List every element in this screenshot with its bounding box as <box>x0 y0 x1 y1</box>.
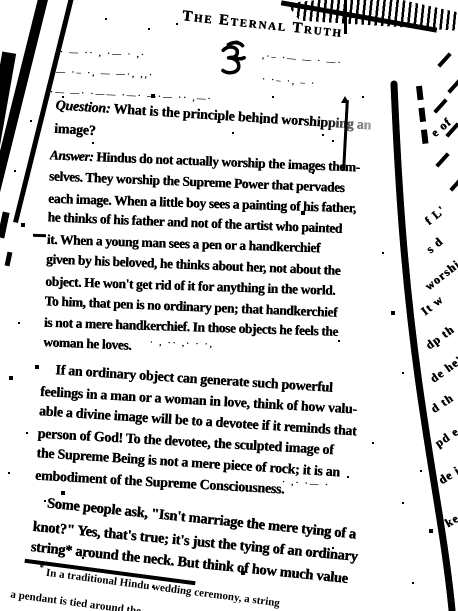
opposite-page-text-fragment: worshi <box>422 257 458 294</box>
answer-paragraph-2: If an ordinary object can generate such … <box>35 360 432 509</box>
scan-noise-row: · — ·· , ·— · ,· <box>60 47 146 60</box>
opposite-page-text-fragment: f L' <box>422 203 449 229</box>
scan-slash-mark <box>433 98 447 113</box>
opposite-page-text-fragment: dp th <box>423 322 458 353</box>
scan-noise-row: ,— ·– ·, — —·, ,,· <box>52 66 154 80</box>
scan-slash-mark <box>447 78 458 93</box>
opposite-page-text-fragment: pd e <box>432 424 458 451</box>
opposite-page-text-fragment: de i <box>436 463 458 488</box>
footnote-marker: * <box>39 562 45 573</box>
opposite-page-text-fragment: d th <box>428 390 457 416</box>
answer-paragraph-1: Answer: Hindus do not actually worship t… <box>43 146 402 366</box>
stray-line-mark <box>344 0 347 34</box>
scan-slash-mark <box>449 176 458 191</box>
question-text-faded: worshipping an <box>281 113 372 134</box>
answer-label: Answer: <box>49 147 93 164</box>
opposite-page-text-fragment: de he' <box>427 353 458 386</box>
gutter-dash-mark <box>419 86 426 148</box>
book-page-scan: e off L's dworshiIt wdp thde he'd thpd e… <box>0 0 458 611</box>
opposite-page-text-fragment: ke it <box>442 504 458 531</box>
scan-slash-mark <box>445 122 458 137</box>
scan-slash-mark <box>435 152 449 167</box>
footnote-line: a pendant is tied around the <box>10 588 142 611</box>
opposite-page-text-fragment: It w <box>418 292 446 319</box>
scan-noise-row: · ·– ·, – · <box>262 74 317 89</box>
om-symbol-icon <box>211 39 251 78</box>
scan-slash-mark <box>437 52 451 67</box>
question-label: Question: <box>55 98 111 116</box>
answer-p1-lines: selves. They worship the Supreme Power t… <box>43 167 401 366</box>
opposite-page-text-fragment: s d <box>423 234 446 257</box>
page-edge-stroke <box>0 212 10 239</box>
scan-noise-row: ,·– ·— — · —· <box>262 50 343 67</box>
page-edge-stroke <box>5 252 13 267</box>
margin-dash-mark <box>33 234 46 237</box>
